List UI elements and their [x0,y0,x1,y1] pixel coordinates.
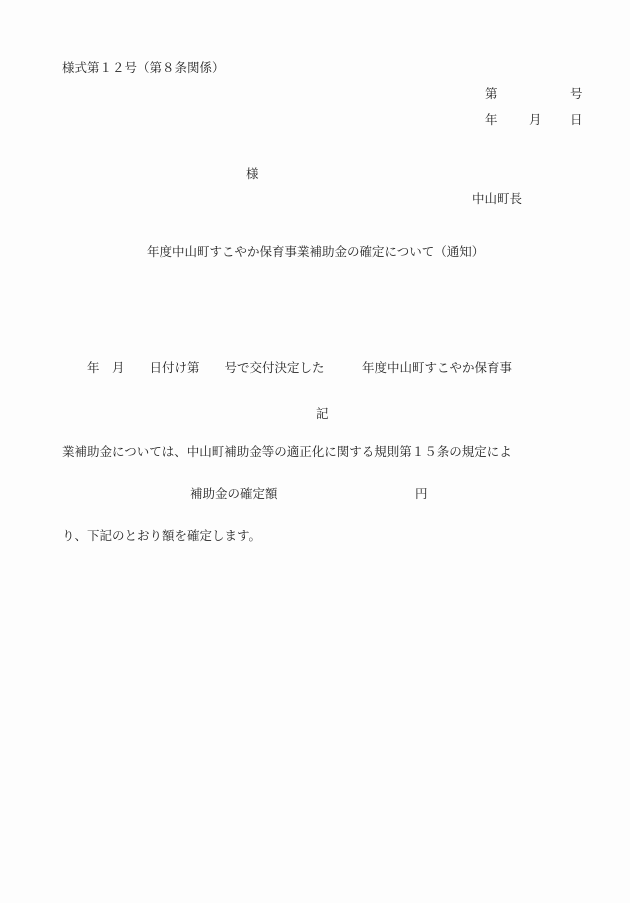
form-number: 様式第１２号（第８条関係） [62,62,225,75]
ki-heading: 記 [316,408,329,421]
body-line: 業補助金については、中山町補助金等の適正化に関する規則第１５条の規定によ [62,438,582,466]
ref-number-suffix: 号 [570,88,583,101]
ref-number-prefix: 第 [485,88,498,101]
document-title: 年度中山町すこやか保育事業補助金の確定について（通知） [147,246,484,259]
body-paragraph: 年 月 日付け第 号で交付決定した 年度中山町すこやか保育事 業補助金については… [62,298,582,606]
date-month: 月 [529,114,542,127]
date-year: 年 [485,114,498,127]
addressee-suffix: 様 [246,168,259,181]
date-day: 日 [570,114,583,127]
body-line: 年 月 日付け第 号で交付決定した 年度中山町すこやか保育事 [62,354,582,382]
confirmed-amount-label: 補助金の確定額 [190,488,278,501]
sender: 中山町長 [472,193,522,206]
confirmed-amount-unit: 円 [415,488,428,501]
body-line: り、下記のとおり額を確定します。 [62,522,582,550]
